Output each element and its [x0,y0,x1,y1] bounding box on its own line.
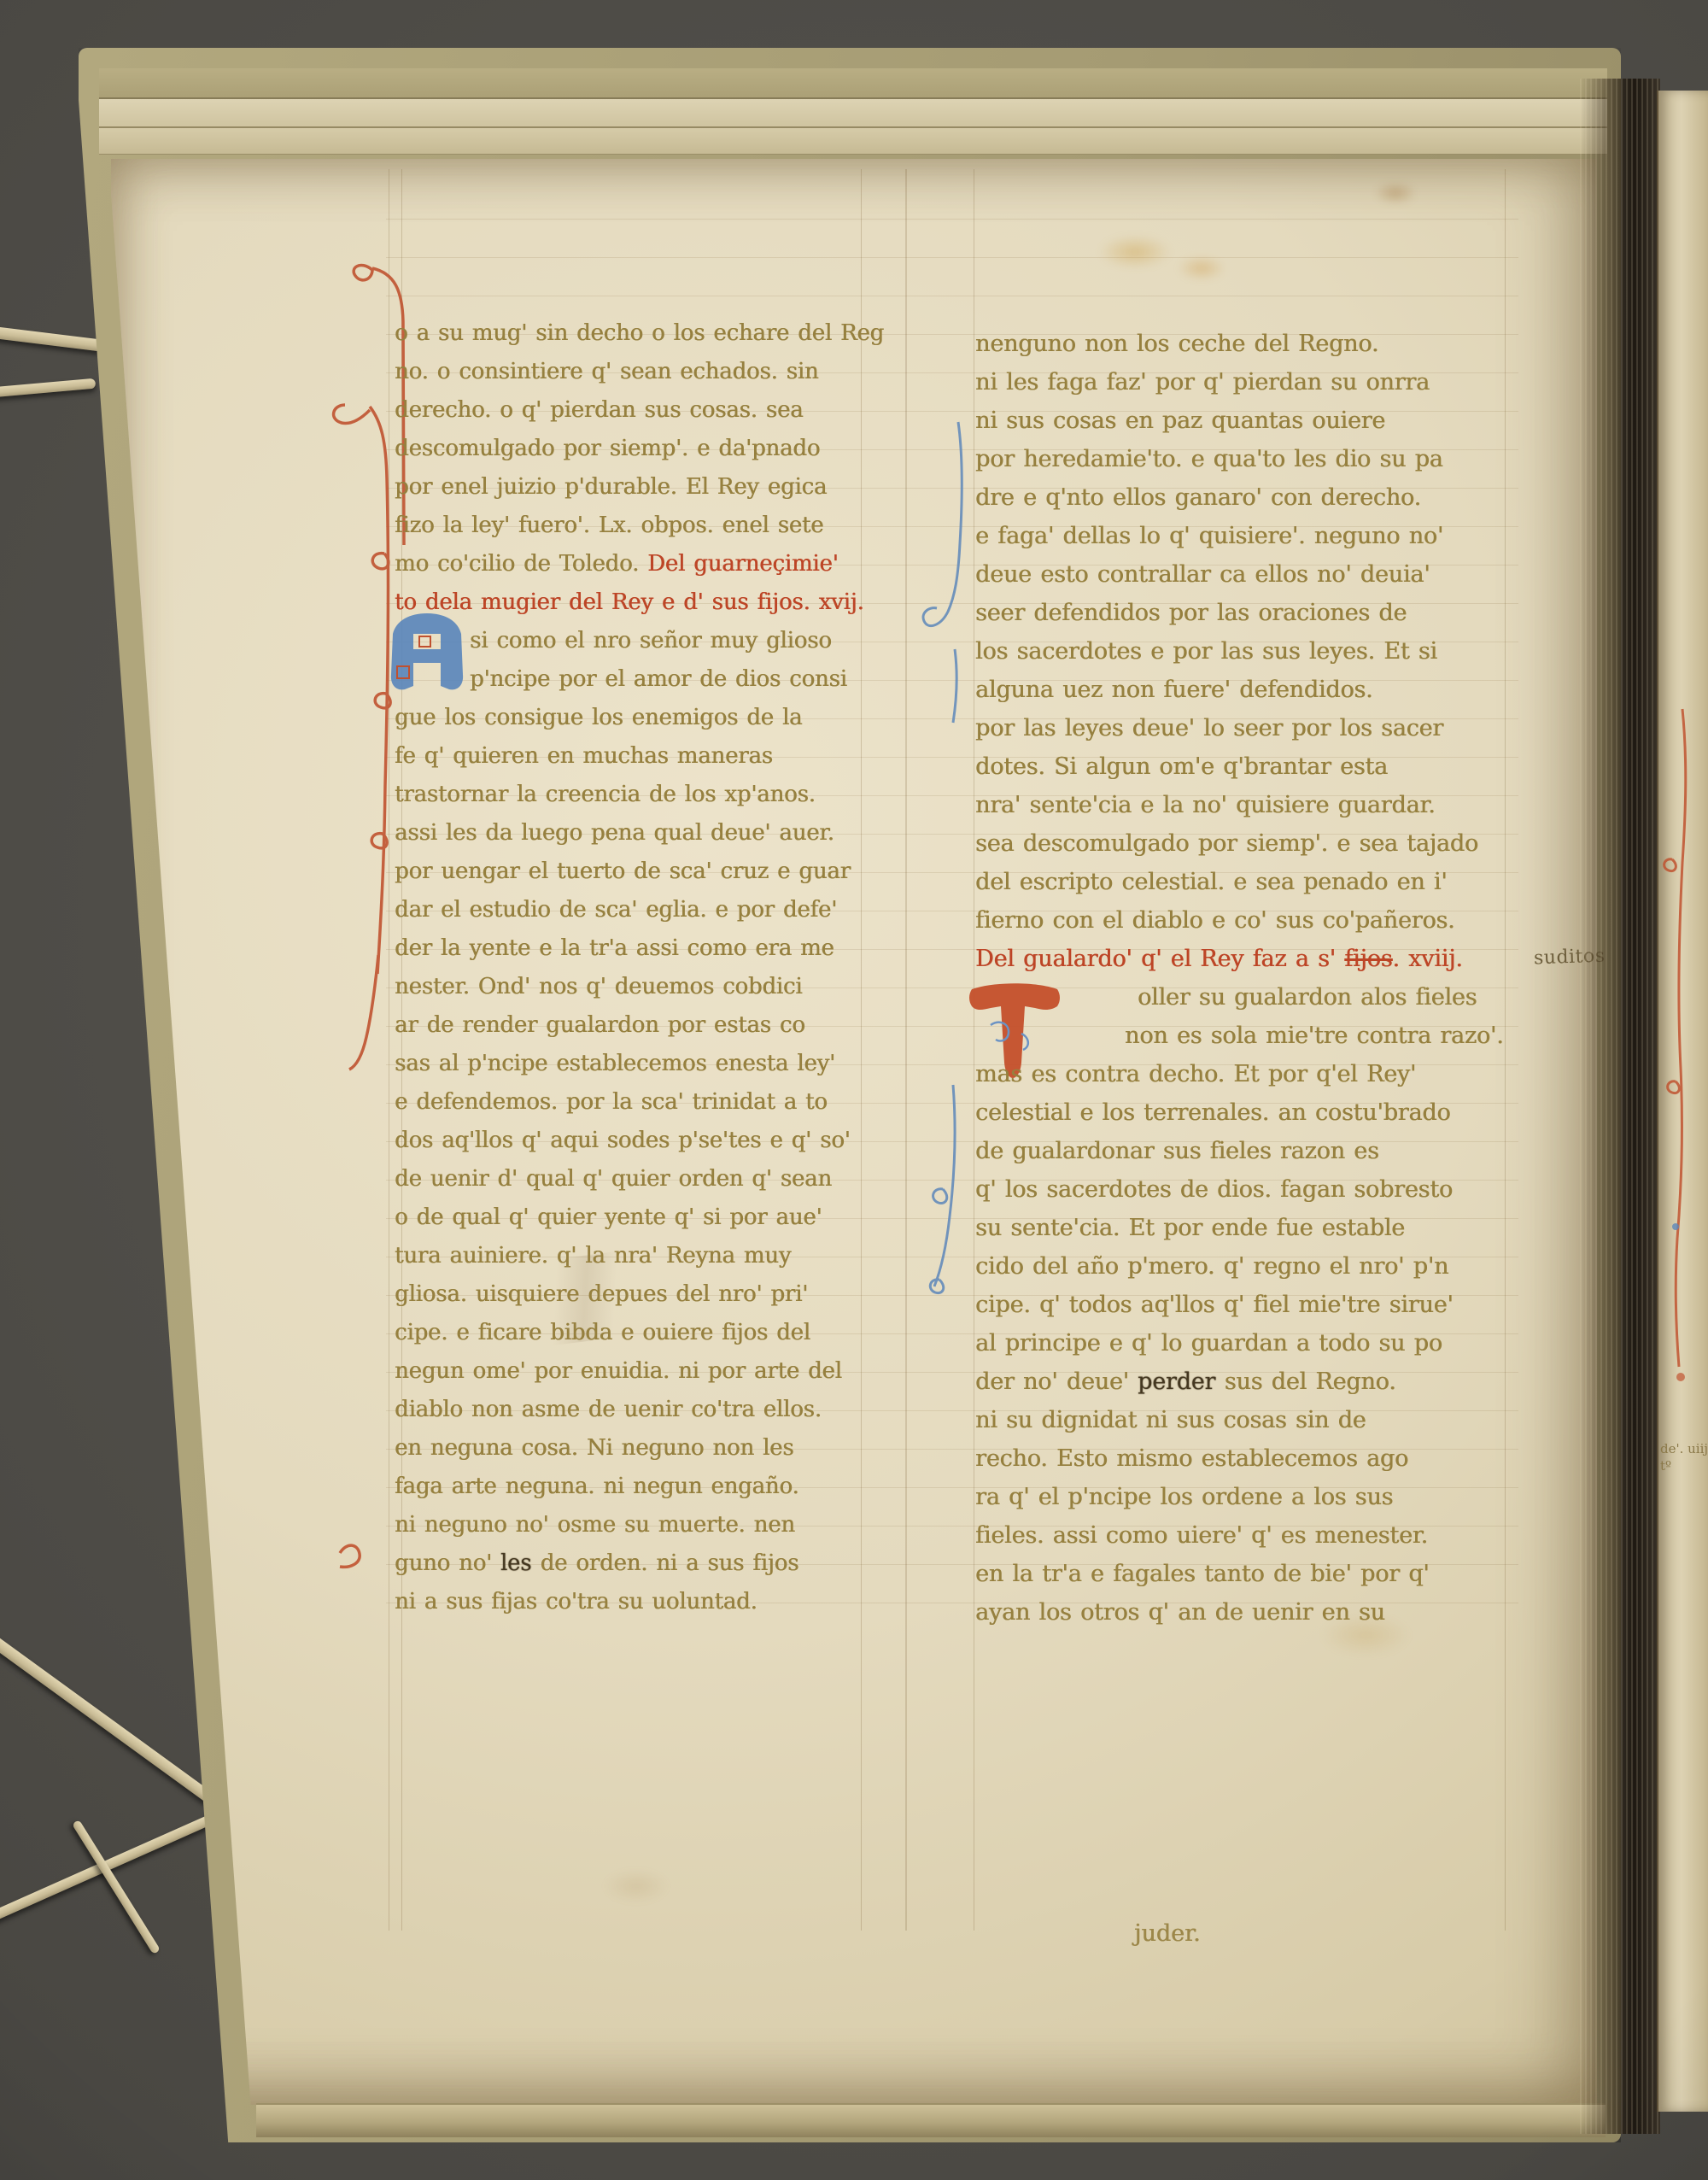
text-line: guno no' les de orden. ni a sus fijos [395,1544,866,1583]
text-line: o a su mug' sin decho o los echare del R… [395,314,866,353]
text-line: recho. Esto mismo establecemos ago [975,1439,1522,1478]
text-line: dos aq'llos q' aqui sodes p'se'tes e q' … [395,1122,866,1160]
text-line: alguna uez non fuere' defendidos. [975,671,1522,709]
page-edge-strip [99,99,1607,128]
text-line: mas es contra decho. Et por q'el Rey' [975,1055,1522,1093]
text-line: ni sus cosas en paz quantas ouiere [975,401,1522,440]
text-line: nenguno non los ceche del Regno. [975,325,1522,363]
text-line: fierno con el diablo e co' sus co'pañero… [975,901,1522,940]
text-line: der la yente e la tr'a assi como era me [395,929,866,968]
text-line: assi les da luego pena qual deue' auer. [395,814,866,853]
text-line: tura auiniere. q' la nra' Reyna muy [395,1237,866,1275]
text-line: su sente'cia. Et por ende fue estable [975,1209,1522,1247]
text-line: si como el nro señor muy glioso [395,622,866,660]
next-folio-decoration [1658,91,1708,2112]
text-line: e defendemos. por la sca' trinidat a to [395,1083,866,1122]
text-line: ra q' el p'ncipe los ordene a los sus [975,1478,1522,1516]
left-text-column: o a su mug' sin decho o los echare del R… [395,314,866,1621]
text-line: fizo la ley' fuero'. Lx. obpos. enel set… [395,507,866,545]
text-line: no. o consintiere q' sean echados. sin [395,353,866,391]
text-line: por uengar el tuerto de sca' cruz e guar [395,853,866,891]
text-line: ayan los otros q' an de uenir en su [975,1593,1522,1632]
right-text-column: nenguno non los ceche del Regno.ni les f… [975,325,1522,1632]
text-line: dotes. Si algun om'e q'brantar esta [975,747,1522,786]
text-line: cipe. q' todos aq'llos q' fiel mie'tre s… [975,1286,1522,1324]
text-line: seer defendidos por las oraciones de [975,594,1522,632]
text-line: ni a sus fijas co'tra su uoluntad. [395,1583,866,1621]
text-line: gue los consigue los enemigos de la [395,699,866,737]
text-line: der no' deue' perder sus del Regno. [975,1362,1522,1401]
text-line: non es sola mie'tre contra razo'. [975,1017,1522,1055]
text-line: trastornar la creencia de los xp'anos. [395,776,866,814]
text-line: sea descomulgado por siemp'. e sea tajad… [975,824,1522,863]
text-line: negun ome' por enuidia. ni por arte del [395,1352,866,1391]
text-line: sas al p'ncipe establecemos enesta ley' [395,1045,866,1083]
text-line: por heredamie'to. e qua'to les dio su pa [975,440,1522,478]
text-line: Del gualardo' q' el Rey faz a s' fijos. … [975,940,1522,978]
text-line: ni les faga faz' por q' pierdan su onrra [975,363,1522,401]
text-line: deue esto contrallar ca ellos no' deuia' [975,555,1522,594]
text-line: o de qual q' quier yente q' si por aue' [395,1198,866,1237]
text-line: to dela mugier del Rey e d' sus fijos. x… [395,583,866,622]
text-line: en neguna cosa. Ni neguno non les [395,1429,866,1468]
text-line: fe q' quieren en muchas maneras [395,737,866,776]
text-line: e faga' dellas lo q' quisiere'. neguno n… [975,517,1522,555]
text-line: en la tr'a e fagales tanto de bie' por q… [975,1555,1522,1593]
text-line: diablo non asme de uenir co'tra ellos. [395,1391,866,1429]
next-folio-edge: de'. uiij tº [1657,91,1708,2112]
page-edges-bottom [256,2103,1606,2137]
text-line: dar el estudio de sca' eglia. e por defe… [395,891,866,929]
text-line: faga arte neguna. ni negun engaño. [395,1468,866,1506]
text-line: por enel juizio p'durable. El Rey egica [395,468,866,507]
text-line: por las leyes deue' lo seer por los sace… [975,709,1522,747]
text-line: nester. Ond' nos q' deuemos cobdici [395,968,866,1006]
text-line: q' los sacerdotes de dios. fagan sobrest… [975,1170,1522,1209]
text-line: derecho. o q' pierdan sus cosas. sea [395,391,866,430]
text-line: ar de render gualardon por estas co [395,1006,866,1045]
binding-gutter-shadow [1580,79,1660,2134]
text-line: ni neguno no' osme su muerte. nen [395,1506,866,1544]
text-line: ni su dignidat ni sus cosas sin de [975,1401,1522,1439]
text-line: del escripto celestial. e sea penado en … [975,863,1522,901]
text-line: los sacerdotes e por las sus leyes. Et s… [975,632,1522,671]
text-line: celestial e los terrenales. an costu'bra… [975,1093,1522,1132]
page-edge-strip [99,128,1607,155]
text-line: de gualardonar sus fieles razon es [975,1132,1522,1170]
page-edges-top [99,68,1607,161]
next-folio-margin-note: de'. uiij tº [1660,1440,1708,1474]
text-line: al principe e q' lo guardan a todo su po [975,1324,1522,1362]
text-line: fieles. assi como uiere' q' es menester. [975,1516,1522,1555]
text-line: de uenir d' qual q' quier orden q' sean [395,1160,866,1198]
text-line: dre e q'nto ellos ganaro' con derecho. [975,478,1522,517]
text-line: descomulgado por siemp'. e da'pnado [395,430,866,468]
catchword: juder. [1134,1920,1201,1947]
page-edge-strip [99,68,1607,99]
text-line: p'ncipe por el amor de dios consi [395,660,866,699]
text-line: cipe. e ficare bibda e ouiere fijos del [395,1314,866,1352]
text-line: cido del año p'mero. q' regno el nro' p'… [975,1247,1522,1286]
text-line: gliosa. uisquiere depues del nro' pri' [395,1275,866,1314]
text-line: oller su gualardon alos fieles [975,978,1522,1017]
text-line: mo co'cilio de Toledo. Del guarneçimie' [395,545,866,583]
text-line: nra' sente'cia e la no' quisiere guardar… [975,786,1522,824]
